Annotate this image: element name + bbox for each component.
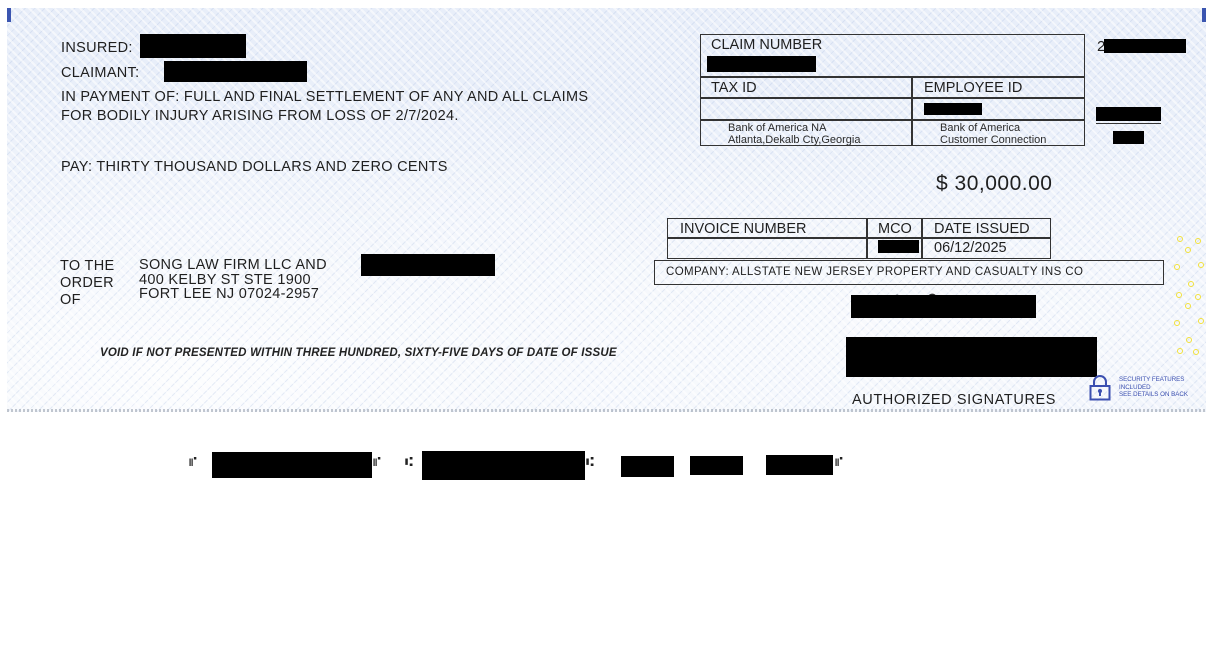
micr-onus-symbol-2: ⑈	[373, 455, 381, 470]
payment-description-line1: IN PAYMENT OF: FULL AND FINAL SETTLEMENT…	[61, 89, 588, 105]
mco-label: MCO	[878, 221, 912, 237]
order-label: TO THE ORDER OF	[60, 258, 114, 309]
payee-redaction	[361, 254, 495, 276]
security-line2: INCLUDED	[1119, 384, 1188, 392]
left-edge-mark	[7, 8, 11, 22]
order-label-line3: OF	[60, 292, 114, 309]
routing-fraction-line	[1096, 123, 1161, 124]
payee-address-line1: 400 KELBY ST STE 1900	[139, 273, 327, 288]
right-edge-mark	[1202, 8, 1206, 22]
payment-description-line2: FOR BODILY INJURY ARISING FROM LOSS OF 2…	[61, 108, 459, 124]
bank-left-line2: Atlanta,Dekalb Cty,Georgia	[728, 134, 860, 146]
claimant-label: CLAIMANT:	[61, 65, 139, 81]
claim-box-divider-2	[700, 97, 1085, 99]
claim-box-divider-1	[700, 76, 1085, 78]
company-name: COMPANY: ALLSTATE NEW JERSEY PROPERTY AN…	[666, 266, 1083, 278]
check-amount: $ 30,000.00	[936, 172, 1052, 196]
void-notice: VOID IF NOT PRESENTED WITHIN THREE HUNDR…	[100, 347, 617, 359]
claimant-redaction	[164, 61, 307, 82]
invoice-box-vdivider-1	[866, 218, 868, 259]
bank-right-line2: Customer Connection	[940, 134, 1046, 146]
routing-fraction-top-redaction	[1096, 107, 1161, 121]
bank-right: Bank of America Customer Connection	[940, 122, 1046, 146]
order-label-line2: ORDER	[60, 275, 114, 292]
payee-address-line2: FORT LEE NJ 07024-2957	[139, 287, 327, 302]
micr-segment-1-redaction	[212, 452, 372, 478]
invoice-box-vdivider-2	[921, 218, 923, 259]
micr-transit-symbol-1: ⑆	[405, 455, 413, 470]
security-line1: SECURITY FEATURES	[1119, 376, 1188, 384]
signature-2-redaction	[846, 337, 1097, 377]
check-number-redaction	[1104, 39, 1186, 53]
claim-box-vertical-divider	[911, 76, 913, 146]
signature-1-redaction	[851, 295, 1036, 318]
claim-box-divider-3	[700, 119, 1085, 121]
order-label-line1: TO THE	[60, 258, 114, 275]
micr-segment-3-redaction	[621, 456, 674, 477]
pay-written-amount: PAY: THIRTY THOUSAND DOLLARS AND ZERO CE…	[61, 159, 448, 175]
employee-id-redaction	[924, 103, 982, 115]
routing-fraction-bottom-redaction	[1113, 131, 1144, 144]
payee-name: SONG LAW FIRM LLC AND	[139, 258, 327, 273]
micr-segment-5-redaction	[766, 455, 833, 475]
payee-block: SONG LAW FIRM LLC AND 400 KELBY ST STE 1…	[139, 258, 327, 302]
date-issued-value: 06/12/2025	[934, 240, 1007, 256]
micr-onus-symbol-3: ⑈	[835, 455, 843, 470]
claim-number-redaction	[707, 56, 816, 72]
tax-id-label: TAX ID	[711, 80, 757, 96]
micr-segment-2-redaction	[422, 451, 585, 480]
employee-id-label: EMPLOYEE ID	[924, 80, 1022, 96]
mco-redaction	[878, 240, 919, 253]
date-issued-label: DATE ISSUED	[934, 221, 1030, 237]
security-features-note: SECURITY FEATURES INCLUDED SEE DETAILS O…	[1119, 376, 1188, 399]
authorized-signatures-label: AUTHORIZED SIGNATURES	[852, 392, 1056, 408]
insured-label: INSURED:	[61, 40, 133, 56]
insured-redaction	[140, 34, 246, 58]
micr-segment-4-redaction	[690, 456, 743, 475]
security-line3: SEE DETAILS ON BACK	[1119, 391, 1188, 399]
claim-number-label: CLAIM NUMBER	[711, 37, 822, 53]
bank-left-line1: Bank of America NA	[728, 122, 860, 134]
invoice-box-divider	[667, 237, 1051, 239]
bank-left: Bank of America NA Atlanta,Dekalb Cty,Ge…	[728, 122, 860, 146]
bank-right-line1: Bank of America	[940, 122, 1046, 134]
micr-transit-symbol-2: ⑆	[586, 455, 594, 470]
padlock-icon	[1089, 375, 1111, 401]
invoice-number-label: INVOICE NUMBER	[680, 221, 807, 237]
micr-onus-symbol-1: ⑈	[189, 455, 197, 470]
